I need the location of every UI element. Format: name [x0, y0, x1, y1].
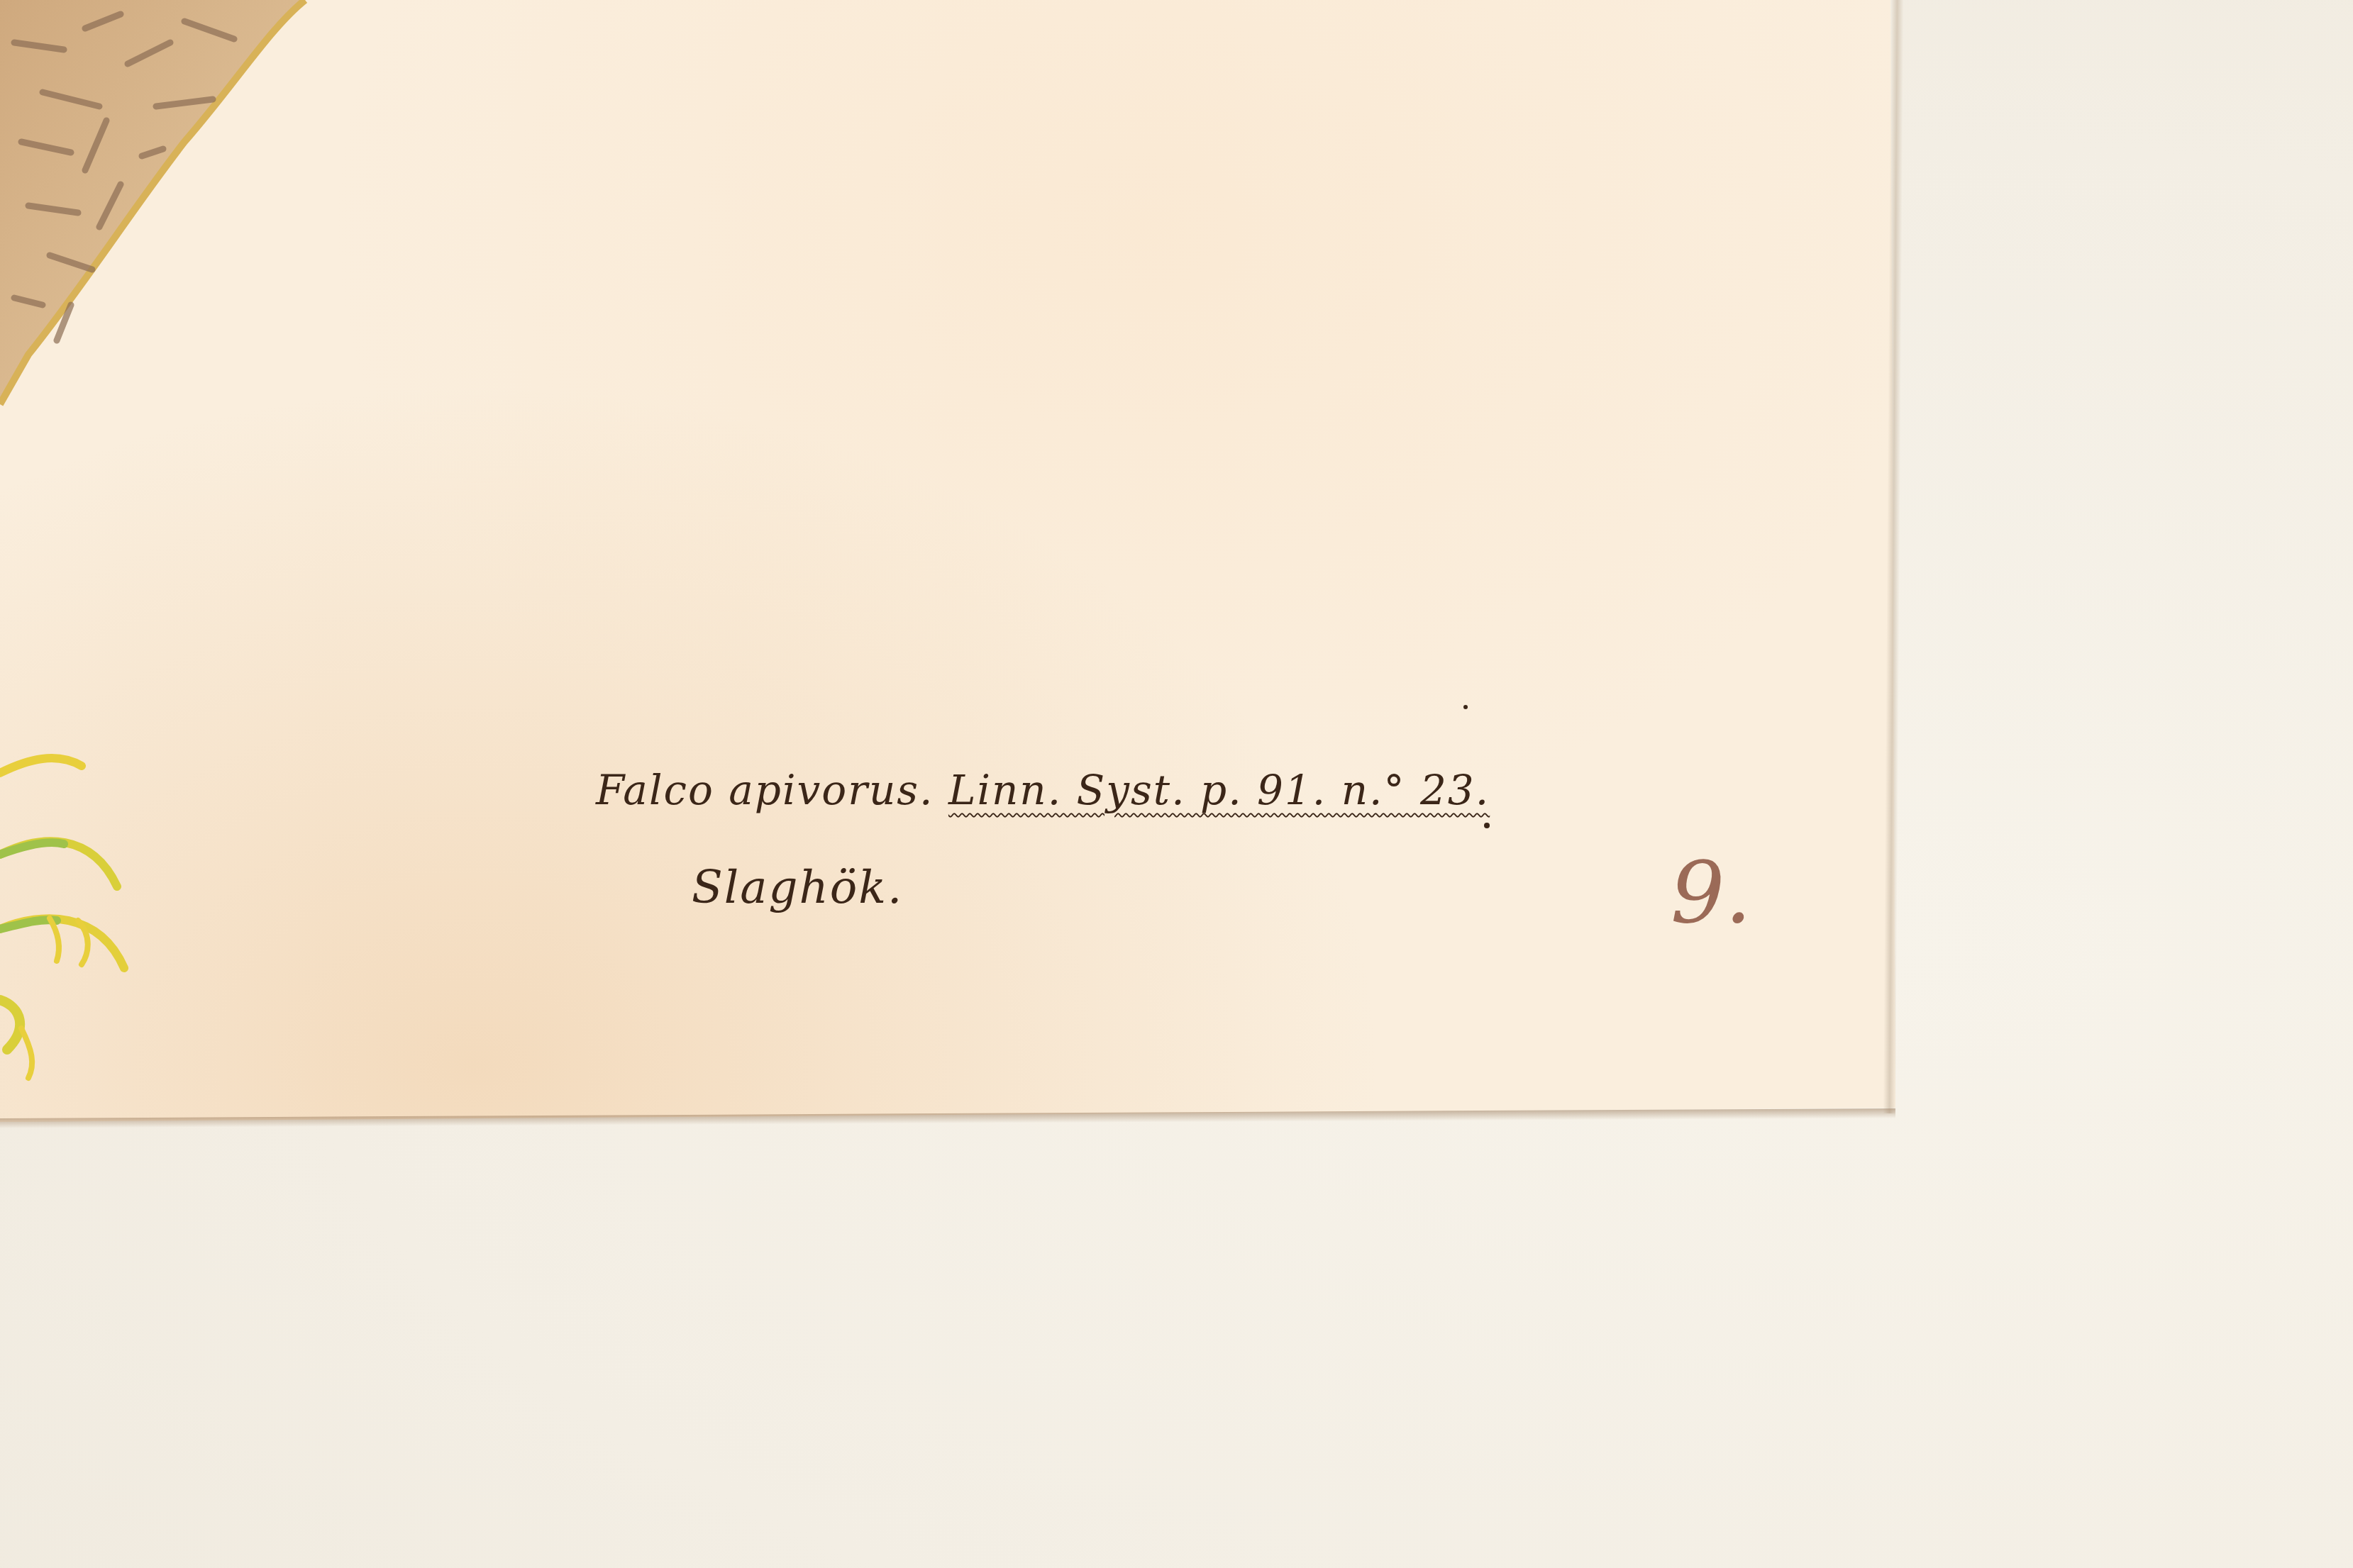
caption-common-name: Slaghök. [692, 862, 903, 914]
tree-trunk-illustration [0, 0, 312, 426]
species-name: Falco apivorus. [596, 766, 934, 814]
ink-dot [1484, 823, 1490, 828]
grass-illustration [0, 709, 142, 1106]
linnaeus-reference: Linn. Syst. p. 91. n.° 23. [948, 766, 1490, 814]
plate-number: 9. [1671, 844, 1752, 943]
paper-sheet: Falco apivorus. Linn. Syst. p. 91. n.° 2… [0, 0, 1895, 1122]
caption-species-line: Falco apivorus. Linn. Syst. p. 91. n.° 2… [596, 766, 1490, 814]
ink-speck [1463, 705, 1468, 709]
